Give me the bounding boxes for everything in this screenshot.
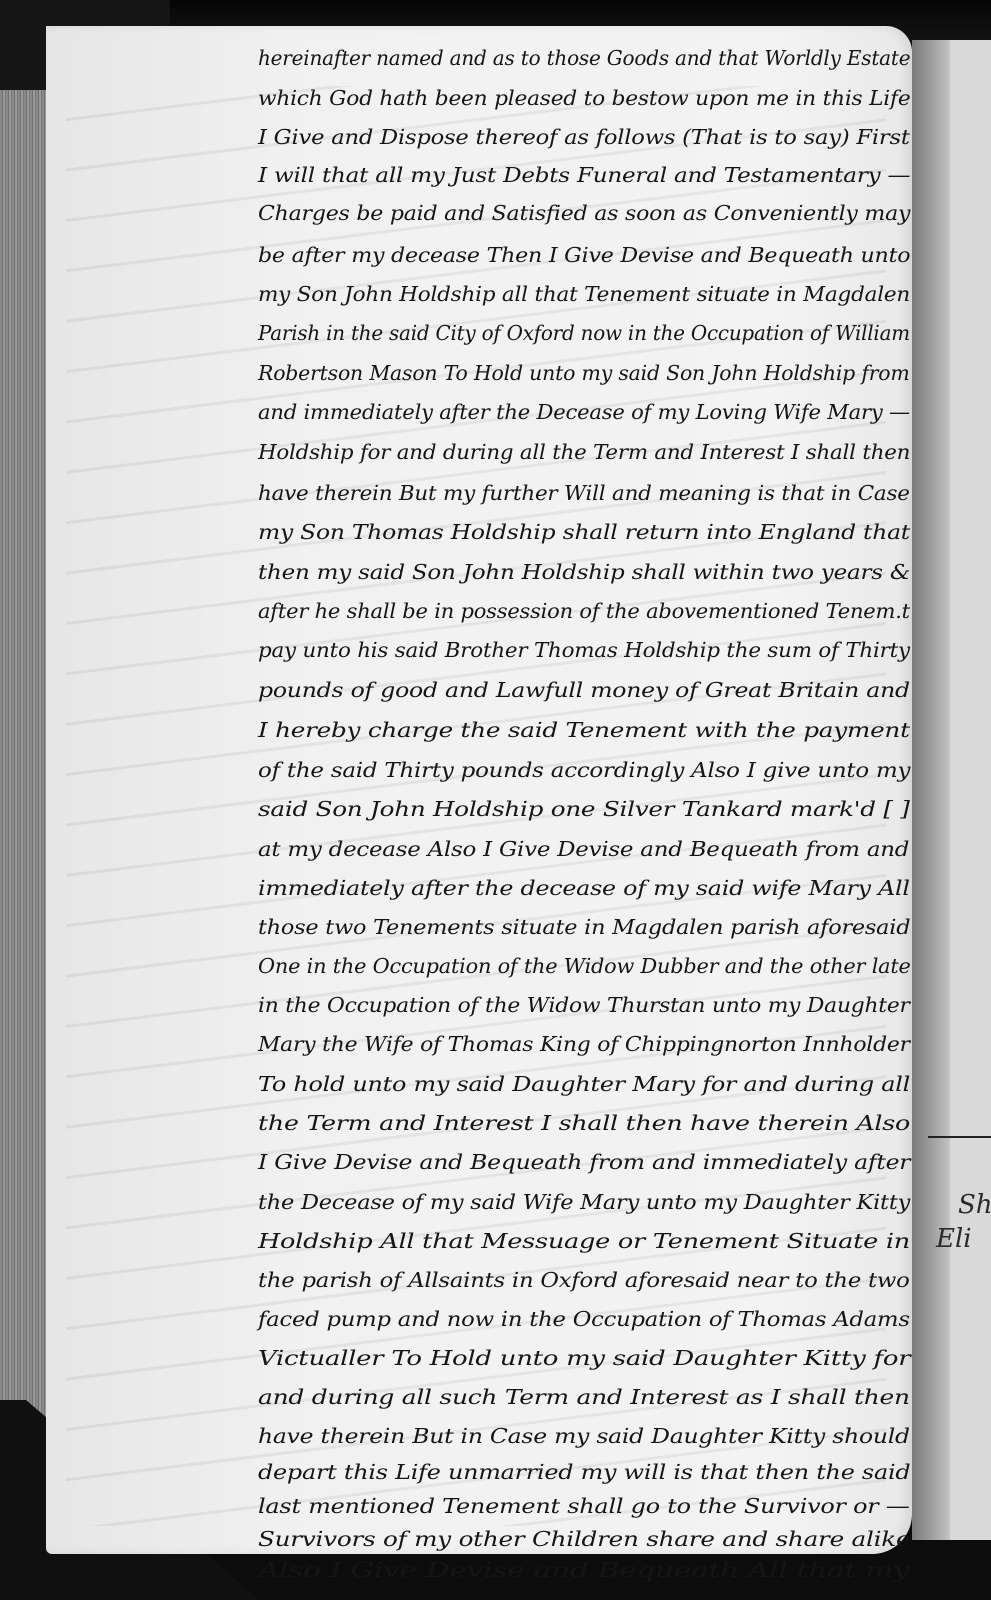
text-line: Victualler To Hold unto my said Daughter… xyxy=(258,1346,910,1370)
text-line: Mary the Wife of Thomas King of Chipping… xyxy=(258,1032,910,1056)
facing-page-fragment: Sh xyxy=(958,1190,991,1220)
text-line: depart this Life unmarried my will is th… xyxy=(258,1460,910,1484)
text-line: Also I Give Devise and Bequeath All that… xyxy=(258,1558,910,1582)
book-gutter xyxy=(912,40,952,1540)
text-line: Holdship All that Messuage or Tenement S… xyxy=(258,1229,910,1253)
text-line: at my decease Also I Give Devise and Beq… xyxy=(258,837,909,861)
text-line: last mentioned Tenement shall go to the … xyxy=(258,1494,910,1518)
text-line: Robertson Mason To Hold unto my said Son… xyxy=(258,361,910,385)
page-edges xyxy=(0,90,48,1450)
text-line: those two Tenements situate in Magdalen … xyxy=(258,915,910,939)
text-line: be after my decease Then I Give Devise a… xyxy=(258,243,910,267)
facing-page xyxy=(950,40,991,1540)
text-line: have therein But my further Will and mea… xyxy=(258,481,910,505)
text-line: which God hath been pleased to bestow up… xyxy=(258,86,910,110)
text-line: I hereby charge the said Tenement with t… xyxy=(258,718,910,742)
text-line: said Son John Holdship one Silver Tankar… xyxy=(258,797,910,821)
text-line: the parish of Allsaints in Oxford afores… xyxy=(258,1268,910,1292)
text-line: faced pump and now in the Occupation of … xyxy=(258,1307,910,1331)
text-line: my Son Thomas Holdship shall return into… xyxy=(258,520,910,544)
text-line: One in the Occupation of the Widow Dubbe… xyxy=(258,954,911,978)
text-line: I Give and Dispose thereof as follows (T… xyxy=(258,125,910,149)
text-line: pounds of good and Lawfull money of Grea… xyxy=(258,678,910,702)
text-line: the Term and Interest I shall then have … xyxy=(258,1111,910,1135)
text-line: and immediately after the Decease of my … xyxy=(258,400,910,424)
text-line: Charges be paid and Satisfied as soon as… xyxy=(258,201,910,225)
text-line: of the said Thirty pounds accordingly Al… xyxy=(258,758,910,782)
text-line: after he shall be in possession of the a… xyxy=(258,599,910,623)
text-line: Parish in the said City of Oxford now in… xyxy=(258,321,910,345)
text-line: immediately after the decease of my said… xyxy=(258,876,910,900)
text-line: pay unto his said Brother Thomas Holdshi… xyxy=(258,638,910,662)
text-line: To hold unto my said Daughter Mary for a… xyxy=(258,1072,910,1096)
text-line: Holdship for and during all the Term and… xyxy=(258,440,910,464)
text-line: I Give Devise and Bequeath from and imme… xyxy=(258,1150,910,1174)
text-line: Survivors of my other Children share and… xyxy=(258,1527,910,1551)
text-line: hereinafter named and as to those Goods … xyxy=(258,46,910,70)
text-line: have therein But in Case my said Daughte… xyxy=(258,1424,910,1448)
text-line: the Decease of my said Wife Mary unto my… xyxy=(258,1190,910,1214)
text-line: in the Occupation of the Widow Thurstan … xyxy=(258,993,910,1017)
text-line: then my said Son John Holdship shall wit… xyxy=(258,560,910,584)
text-line: and during all such Term and Interest as… xyxy=(258,1385,910,1409)
text-line: my Son John Holdship all that Tenement s… xyxy=(258,282,910,306)
facing-page-fragment: Eli xyxy=(936,1224,972,1254)
facing-page-rule xyxy=(928,1136,991,1138)
text-line: I will that all my Just Debts Funeral an… xyxy=(258,163,910,187)
